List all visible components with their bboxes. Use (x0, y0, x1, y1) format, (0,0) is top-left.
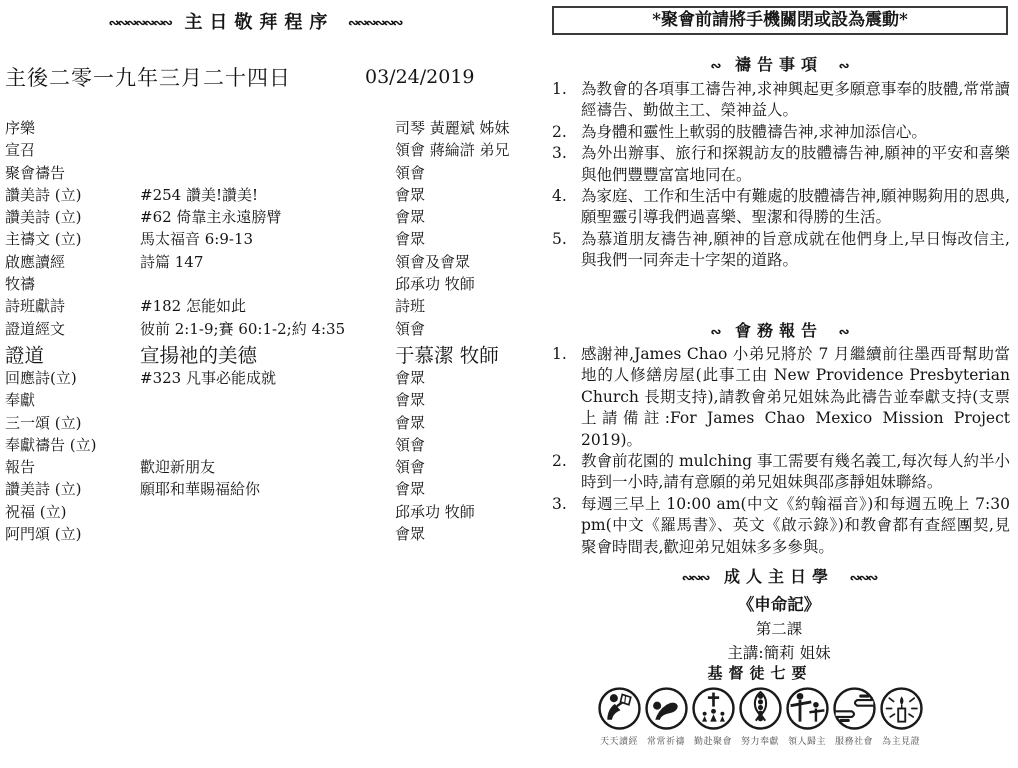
order-item: 讚美詩 (立) (5, 184, 140, 205)
order-item: 證道 (5, 340, 140, 368)
order-item: 奉獻禱告 (立) (5, 434, 140, 455)
swirl-ornament-icon: ∾∾∾∾∾∾∾ (109, 16, 171, 31)
essential-item: 服務社會 (831, 686, 877, 747)
order-detail: #62 倚靠主永遠膀臂 (140, 206, 395, 227)
table-row: 牧禱邱承功 牧師 (5, 273, 510, 295)
list-item: 2.教會前花園的 mulching 事工需要有幾名義工,每次每人約半小時到一小時… (552, 451, 1010, 494)
order-detail: 馬太福音 6:9-13 (140, 228, 395, 249)
order-item: 主禱文 (立) (5, 228, 140, 249)
item-text: 為外出辦事、旅行和探親訪友的肢體禱告神,願神的平安和喜樂與他們豐豐富富地同在。 (581, 143, 1010, 186)
order-item: 證道經文 (5, 318, 140, 339)
list-item: 3.每週三早上 10:00 am(中文《約翰福音》)和每週五晚上 7:30 pm… (552, 494, 1010, 558)
order-who: 會眾 (395, 478, 510, 499)
table-row: 奉獻禱告 (立)領會 (5, 434, 510, 456)
essential-item: 常常祈禱 (643, 686, 689, 747)
sunday-school-block: ∾∾∾ 成人主日學 ∾∾∾ 《申命記》 第二課 主講:簡莉 姐妹 (548, 564, 1010, 663)
date-chinese: 主後二零一九年三月二十四日 (5, 62, 291, 92)
candle-witness-icon (879, 686, 924, 731)
order-item: 讚美詩 (立) (5, 478, 140, 499)
essential-item: 勤赴聚會 (690, 686, 736, 747)
order-item: 牧禱 (5, 273, 140, 294)
order-who: 會眾 (395, 184, 510, 205)
swirl-ornament-icon: ∾ (839, 59, 848, 74)
essential-item: 努力奉獻 (737, 686, 783, 747)
order-who: 會眾 (395, 228, 510, 249)
sunday-school-speaker: 主講:簡莉 姐妹 (548, 641, 1010, 663)
order-item: 奉獻 (5, 389, 140, 410)
church-attendance-icon (691, 686, 736, 731)
order-who: 邱承功 牧師 (395, 273, 510, 294)
date-numeric: 03/24/2019 (365, 66, 475, 88)
item-number: 1. (552, 344, 581, 451)
order-who: 領會 (395, 318, 510, 339)
list-item: 3.為外出辦事、旅行和探親訪友的肢體禱告神,願神的平安和喜樂與他們豐豐富富地同在… (552, 143, 1010, 186)
item-number: 1. (552, 79, 581, 122)
order-item: 回應詩(立) (5, 367, 140, 388)
table-row: 讚美詩 (立)#254 讚美!讚美!會眾 (5, 184, 510, 206)
table-row: 聚會禱告領會 (5, 162, 510, 184)
prayer-section-heading: ∾ 禱告事項 ∾ (548, 52, 1010, 75)
table-row: 宣召領會 蔣綸滸 弟兄 (5, 139, 510, 161)
swirl-ornament-icon: ∾∾∾∾∾∾ (348, 16, 401, 31)
order-who: 領會 蔣綸滸 弟兄 (395, 139, 510, 160)
announcements-section-title: 會務報告 (735, 321, 823, 340)
sunday-school-heading: ∾∾∾ 成人主日學 ∾∾∾ (548, 564, 1010, 587)
swirl-ornament-icon: ∾∾∾ (682, 571, 709, 586)
table-row: 回應詩(立)#323 凡事必能成就會眾 (5, 367, 510, 389)
item-number: 5. (552, 229, 581, 272)
item-number: 2. (552, 451, 581, 494)
order-item: 啟應讀經 (5, 251, 140, 272)
essential-label: 領人歸主 (788, 734, 826, 747)
praying-icon (644, 686, 689, 731)
list-item: 4.為家庭、工作和生活中有難處的肢體禱告神,願神賜夠用的恩典,願聖靈引導我們過喜… (552, 186, 1010, 229)
list-item: 5.為慕道朋友禱告神,願神的旨意成就在他們身上,早日悔改信主,與我們一同奔走十字… (552, 229, 1010, 272)
list-item: 2.為身體和靈性上軟弱的肢體禱告神,求神加添信心。 (552, 122, 1010, 143)
order-who: 會眾 (395, 206, 510, 227)
table-row: 報告歡迎新朋友領會 (5, 456, 510, 478)
order-item: 讚美詩 (立) (5, 206, 140, 227)
item-text: 為身體和靈性上軟弱的肢體禱告神,求神加添信心。 (581, 122, 1010, 143)
item-number: 3. (552, 494, 581, 558)
table-row: 三一頌 (立)會眾 (5, 412, 510, 434)
order-who: 領會 (395, 456, 510, 477)
essential-label: 為主見證 (882, 734, 920, 747)
order-detail: 宣揚祂的美德 (140, 340, 395, 368)
order-item: 報告 (5, 456, 140, 477)
order-who: 會眾 (395, 367, 510, 388)
table-row: 奉獻會眾 (5, 389, 510, 411)
order-item: 阿門頌 (立) (5, 523, 140, 544)
seven-essentials-icons: 天天讀經 常常祈禱 勤赴聚會 努力奉獻 (596, 686, 924, 747)
order-detail: 詩篇 147 (140, 251, 395, 272)
order-item: 詩班獻詩 (5, 295, 140, 316)
order-detail: #323 凡事必能成就 (140, 367, 395, 388)
order-detail: #182 怎能如此 (140, 295, 395, 316)
order-who: 會眾 (395, 389, 510, 410)
page-title: 主日敬拜程序 (184, 12, 334, 33)
order-item: 三一頌 (立) (5, 412, 140, 433)
order-item: 宣召 (5, 139, 140, 160)
order-who: 領會及會眾 (395, 251, 510, 272)
essential-label: 勤赴聚會 (694, 734, 732, 747)
table-row: 祝福 (立)邱承功 牧師 (5, 501, 510, 523)
item-text: 教會前花園的 mulching 事工需要有幾名義工,每次每人約半小時到一小時,請… (581, 451, 1010, 494)
item-text: 為家庭、工作和生活中有難處的肢體禱告神,願神賜夠用的恩典,願聖靈引導我們過喜樂、… (581, 186, 1010, 229)
item-text: 為慕道朋友禱告神,願神的旨意成就在他們身上,早日悔改信主,與我們一同奔走十字架的… (581, 229, 1010, 272)
table-row: 序樂司琴 黃麗斌 姊妹 (5, 117, 510, 139)
item-number: 3. (552, 143, 581, 186)
table-row: 證道經文彼前 2:1-9;賽 60:1-2;約 4:35領會 (5, 318, 510, 340)
order-who: 于慕潔 牧師 (395, 340, 510, 368)
table-row: 阿門頌 (立)會眾 (5, 523, 510, 545)
table-row: 讚美詩 (立)#62 倚靠主永遠膀臂會眾 (5, 206, 510, 228)
essential-item: 領人歸主 (784, 686, 830, 747)
swirl-ornament-icon: ∾∾∾ (850, 571, 877, 586)
order-item: 祝福 (立) (5, 501, 140, 522)
order-item: 序樂 (5, 117, 140, 138)
essential-label: 服務社會 (835, 734, 873, 747)
order-who: 邱承功 牧師 (395, 501, 510, 522)
essential-label: 常常祈禱 (647, 734, 685, 747)
table-row: 主禱文 (立)馬太福音 6:9-13會眾 (5, 228, 510, 250)
offering-fish-icon (738, 686, 783, 731)
bulletin-header: ∾∾∾∾∾∾∾ 主日敬拜程序 ∾∾∾∾∾∾ (50, 8, 460, 34)
order-detail: #254 讚美!讚美! (140, 184, 395, 205)
order-who: 詩班 (395, 295, 510, 316)
sunday-school-book: 《申命記》 (548, 591, 1010, 615)
order-detail: 願耶和華賜福給你 (140, 478, 395, 499)
seven-essentials-title: 基督徒七要 (596, 662, 924, 683)
essential-label: 天天讀經 (600, 734, 638, 747)
phone-silence-notice: *聚會前請將手機關閉或設為震動* (552, 6, 1008, 35)
announcements-section-heading: ∾ 會務報告 ∾ (548, 318, 1010, 341)
prayer-section-title: 禱告事項 (735, 55, 823, 74)
worship-order-table: 序樂司琴 黃麗斌 姊妹 宣召領會 蔣綸滸 弟兄 聚會禱告領會 讚美詩 (立)#2… (5, 117, 510, 545)
serving-hands-icon (832, 686, 877, 731)
table-row: 讚美詩 (立)願耶和華賜福給你會眾 (5, 478, 510, 500)
essential-item: 天天讀經 (596, 686, 642, 747)
essential-label: 努力奉獻 (741, 734, 779, 747)
order-who: 領會 (395, 162, 510, 183)
table-row: 詩班獻詩#182 怎能如此詩班 (5, 295, 510, 317)
seven-essentials-block: 基督徒七要 天天讀經 常常祈禱 勤赴聚會 (596, 662, 924, 747)
item-number: 2. (552, 122, 581, 143)
list-item: 1.感謝神,James Chao 小弟兄將於 7 月繼續前往墨西哥幫助當地的人修… (552, 344, 1010, 451)
order-item: 聚會禱告 (5, 162, 140, 183)
item-number: 4. (552, 186, 581, 229)
list-item: 1.為教會的各項事工禱告神,求神興起更多願意事奉的肢體,常常讀經禱告、勤做主工、… (552, 79, 1010, 122)
item-text: 為教會的各項事工禱告神,求神興起更多願意事奉的肢體,常常讀經禱告、勤做主工、榮神… (581, 79, 1010, 122)
order-who: 領會 (395, 434, 510, 455)
essential-item: 為主見證 (878, 686, 924, 747)
sunday-school-title: 成人主日學 (724, 567, 834, 586)
sunday-school-lesson: 第二課 (548, 617, 1010, 639)
order-who: 會眾 (395, 412, 510, 433)
reading-bible-icon (597, 686, 642, 731)
item-text: 每週三早上 10:00 am(中文《約翰福音》)和每週五晚上 7:30 pm(中… (581, 494, 1010, 558)
order-detail: 彼前 2:1-9;賽 60:1-2;約 4:35 (140, 318, 395, 339)
item-text: 感謝神,James Chao 小弟兄將於 7 月繼續前往墨西哥幫助當地的人修繕房… (581, 344, 1010, 451)
swirl-ornament-icon: ∾ (711, 325, 720, 340)
church-bulletin-page: ∾∾∾∾∾∾∾ 主日敬拜程序 ∾∾∾∾∾∾ 主後二零一九年三月二十四日 03/2… (0, 0, 1018, 768)
swirl-ornament-icon: ∾ (711, 59, 720, 74)
announcement-items-list: 1.感謝神,James Chao 小弟兄將於 7 月繼續前往墨西哥幫助當地的人修… (552, 344, 1010, 558)
prayer-items-list: 1.為教會的各項事工禱告神,求神興起更多願意事奉的肢體,常常讀經禱告、勤做主工、… (552, 79, 1010, 272)
order-who: 會眾 (395, 523, 510, 544)
table-row: 啟應讀經詩篇 147領會及會眾 (5, 251, 510, 273)
leading-people-icon (785, 686, 830, 731)
table-row-sermon: 證道宣揚祂的美德于慕潔 牧師 (5, 340, 510, 367)
order-who: 司琴 黃麗斌 姊妹 (395, 117, 510, 138)
swirl-ornament-icon: ∾ (839, 325, 848, 340)
order-detail: 歡迎新朋友 (140, 456, 395, 477)
